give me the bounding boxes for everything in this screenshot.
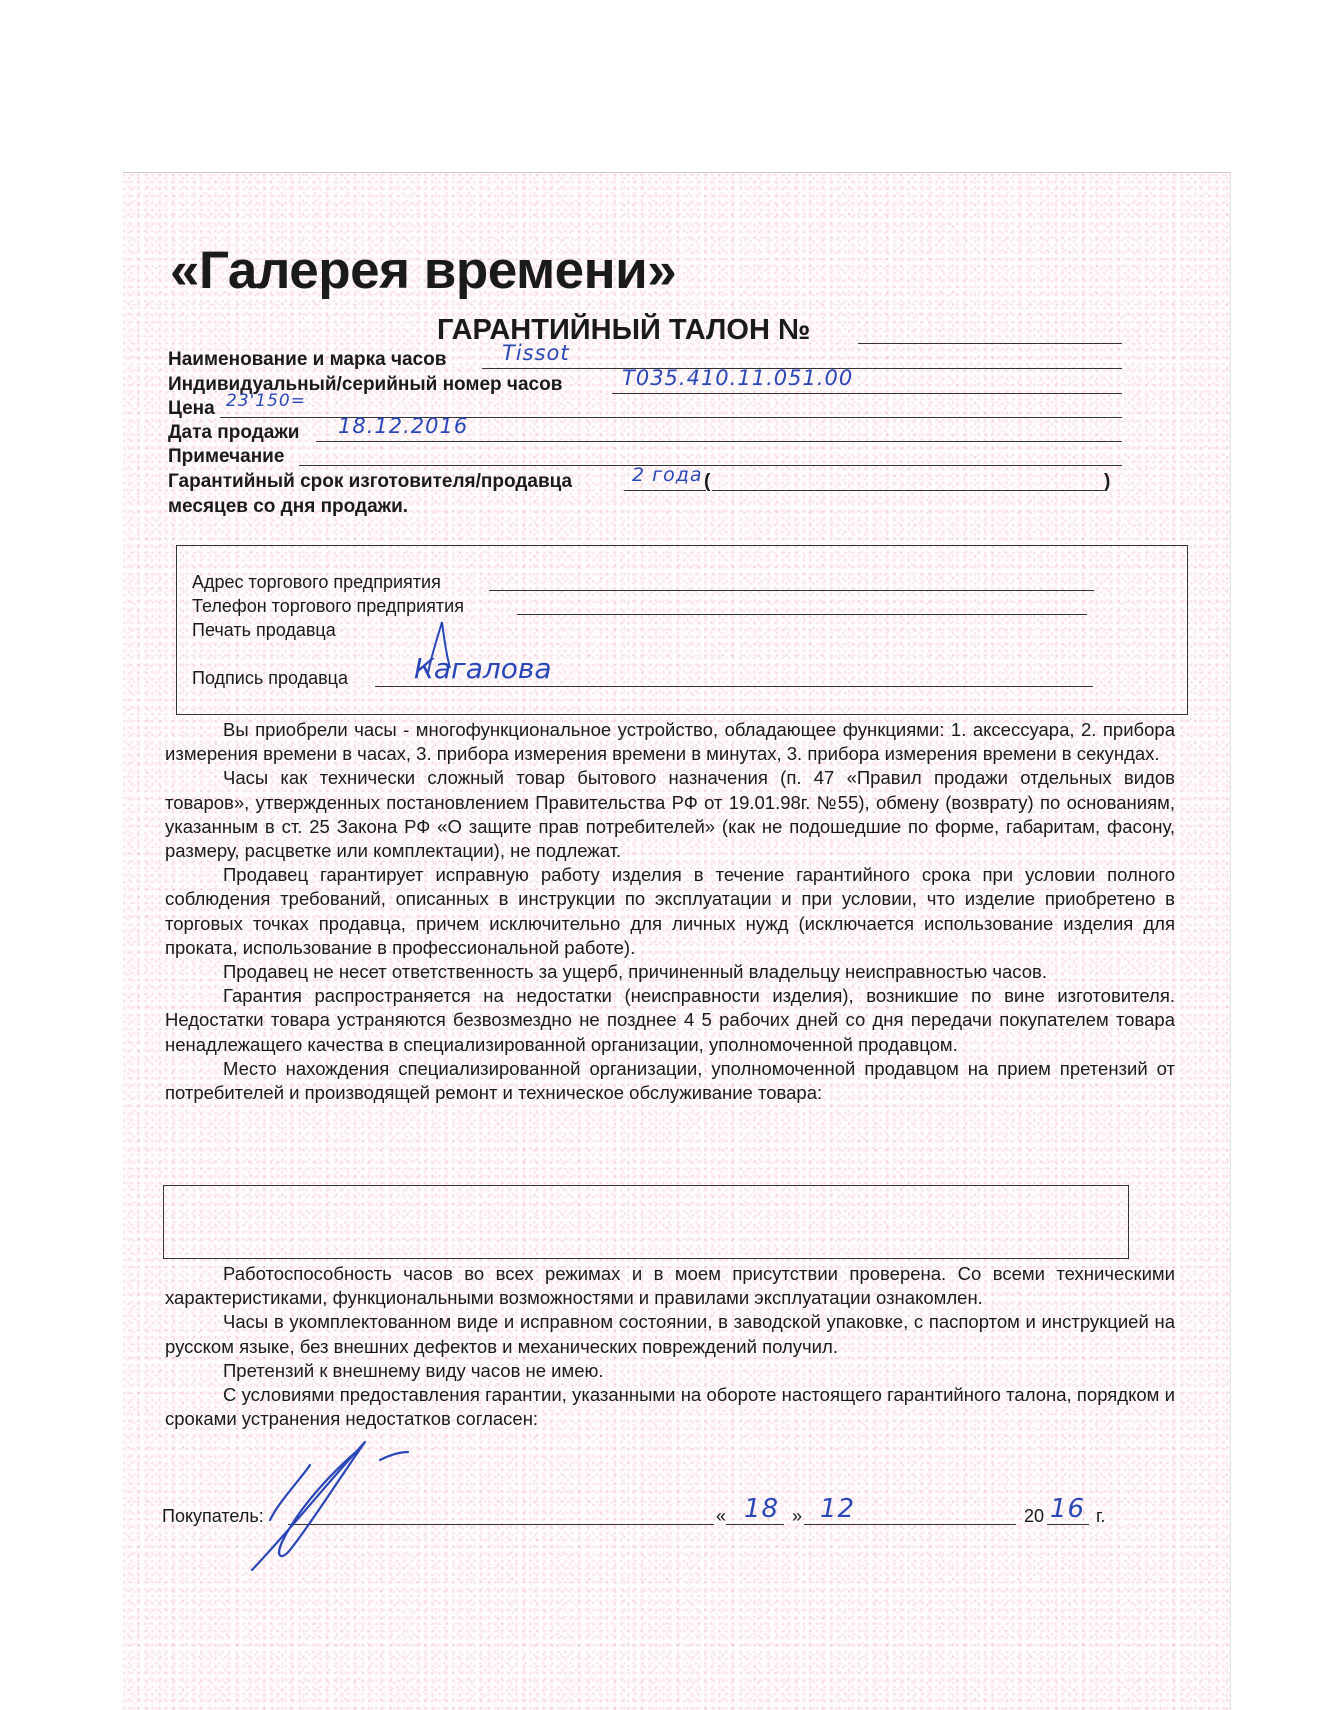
- paren-open: (: [704, 471, 710, 493]
- field-line-warranty[interactable]: [624, 490, 706, 491]
- quote-close: »: [792, 1506, 802, 1527]
- address-label: Адрес торгового предприятия: [192, 572, 441, 593]
- phone-line[interactable]: [517, 614, 1087, 615]
- warranty-suffix: месяцев со дня продажи.: [168, 496, 408, 518]
- paragraph-received: Часы в укомплектованном виде и исправном…: [165, 1310, 1175, 1358]
- field-line-note[interactable]: [299, 465, 1122, 466]
- paren-close: ): [1104, 471, 1110, 493]
- field-value-warranty: 2 года: [632, 464, 703, 486]
- paragraph-no-claims: Претензий к внешнему виду часов не имею.: [165, 1359, 1175, 1383]
- buyer-signature-icon: [240, 1430, 420, 1580]
- year-unit: г.: [1096, 1506, 1105, 1527]
- paragraph-checked: Работоспособность часов во всех режимах …: [165, 1262, 1175, 1310]
- brand-title: «Галерея времени»: [170, 240, 676, 301]
- paragraph-defects: Гарантия распространяется на недостатки …: [165, 984, 1175, 1057]
- acknowledgement-text-block: Работоспособность часов во всех режимах …: [165, 1262, 1175, 1431]
- stamp-label: Печать продавца: [192, 620, 336, 641]
- number-field-line[interactable]: [858, 343, 1122, 344]
- field-value-serial: T035.410.11.051.00: [622, 366, 853, 390]
- buyer-month: 12: [820, 1494, 855, 1524]
- signature-label: Подпись продавца: [192, 668, 348, 689]
- field-label-model: Наименование и марка часов: [168, 349, 446, 371]
- phone-label: Телефон торгового предприятия: [192, 596, 464, 617]
- field-label-price: Цена: [168, 398, 215, 420]
- signature-line[interactable]: [375, 686, 1093, 687]
- field-line-warranty-months[interactable]: [712, 490, 1104, 491]
- field-line-serial[interactable]: [612, 393, 1122, 394]
- year-prefix: 20: [1024, 1506, 1044, 1527]
- paragraph-no-return: Часы как технически сложный товар бытово…: [165, 766, 1175, 863]
- paragraph-guarantee: Продавец гарантирует исправную работу из…: [165, 863, 1175, 960]
- paragraph-liability: Продавец не несет ответственность за уще…: [165, 960, 1175, 984]
- field-label-note: Примечание: [168, 446, 284, 468]
- field-line-sale-date[interactable]: [316, 441, 1122, 442]
- document-title: ГАРАНТИЙНЫЙ ТАЛОН №: [437, 314, 810, 347]
- terms-text-block: Вы приобрели часы - многофункциональное …: [165, 718, 1175, 1105]
- field-value-model: Tissot: [502, 341, 570, 365]
- address-line[interactable]: [489, 590, 1094, 591]
- field-label-warranty: Гарантийный срок изготовителя/продавца: [168, 471, 572, 493]
- buyer-day: 18: [744, 1494, 779, 1524]
- field-label-sale-date: Дата продажи: [168, 422, 299, 444]
- service-center-box[interactable]: [163, 1185, 1129, 1259]
- field-value-price: 23'150=: [226, 391, 306, 411]
- paragraph-functions: Вы приобрели часы - многофункциональное …: [165, 718, 1175, 766]
- paragraph-service-location: Место нахождения специализированной орга…: [165, 1057, 1175, 1105]
- year-line[interactable]: [1047, 1524, 1089, 1525]
- quote-open: «: [716, 1506, 726, 1527]
- signature-flourish-icon: [420, 618, 470, 678]
- month-line[interactable]: [804, 1524, 1016, 1525]
- field-value-sale-date: 18.12.2016: [338, 414, 468, 438]
- buyer-year: 16: [1050, 1494, 1085, 1524]
- day-line[interactable]: [726, 1524, 784, 1525]
- paragraph-agree: С условиями предоставления гарантии, ука…: [165, 1383, 1175, 1431]
